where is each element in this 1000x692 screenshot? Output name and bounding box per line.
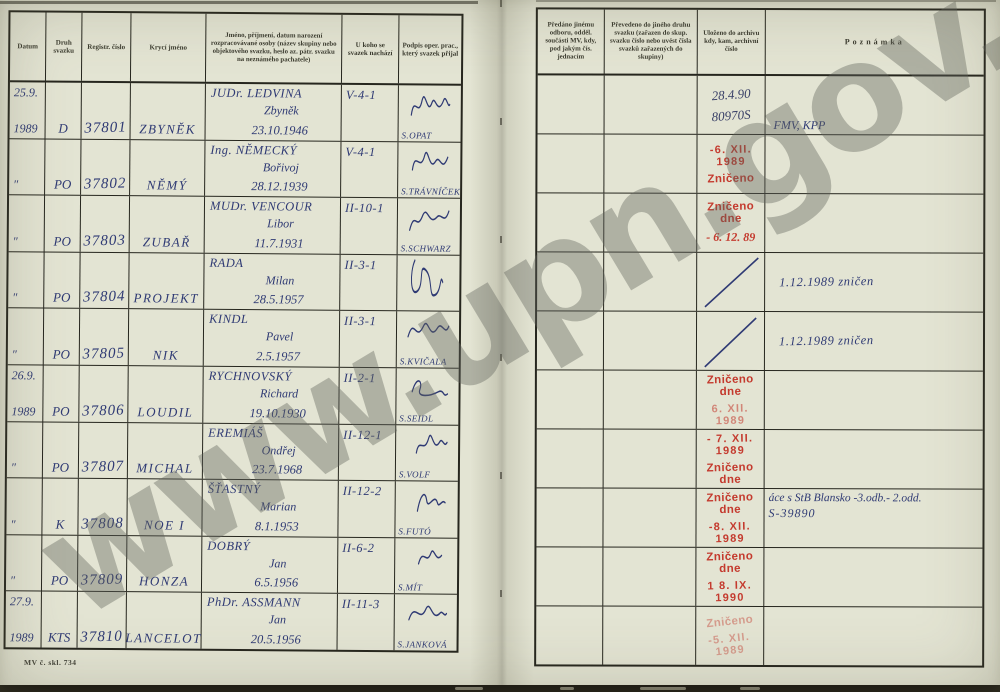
cover-name: ZUBAŘ [143,234,191,250]
destroyed-date-stamp: - 7. XII. 1989 [696,432,764,458]
cell-transferred-type [604,135,697,193]
signature-scribble [407,89,453,121]
person-surname: Ing. NĚMECKÝ [210,142,297,158]
remark-destroyed-note: 1.12.1989 zničen [779,274,874,290]
cell-date: 25.9.1989 [10,82,46,138]
cell-holder-unit: II-10-1 [341,198,398,254]
cell-reg-number: 37804 [80,253,129,309]
header-person: Jméno, příjmení, datum narození rozpraco… [206,14,343,83]
file-type: PO [51,573,68,589]
table-header-right: Předáno jinému odboru, odděl. součásti M… [538,9,984,76]
destroyed-date-stamp: 1 8. IX. 1990 [696,579,764,605]
file-type: K [56,516,65,532]
cell-transferred-dept [537,429,604,487]
cell-person: RADAMilan28.5.1957 [204,254,340,311]
cell-signature: S.VOLF [396,425,458,481]
remark-note: FMV, KPP [774,118,826,133]
file-type: PO [52,403,69,419]
cover-name: PROJEKT [133,291,199,308]
person-birthdate: 28.5.1957 [253,293,303,308]
cell-signature: S.SEIDL [396,368,458,424]
cell-transferred-type [604,312,697,370]
register-row: ″ PO 37809 HONZA DOBRÝJan6.5.1956 II-6-2… [6,535,457,595]
person-birthdate: 11.7.1931 [254,236,303,251]
cell-holder-unit: II-2-1 [339,368,396,424]
cell-signature: S.TRÁVNÍČEK [398,142,460,198]
reg-number: 37809 [81,572,124,590]
signature-name: S.SEIDL [399,413,433,423]
cell-transferred-dept [538,75,605,133]
entry-day: 27.9. [10,595,34,610]
cover-name: LANCELOT [125,630,201,647]
cell-holder-unit: II-11-3 [338,594,395,650]
ditto-mark: ″ [12,291,17,306]
header-date: Datum [10,12,47,80]
remark-destroyed-note: 1.12.1989 zničen [779,333,874,349]
cell-person: KINDLPavel2.5.1957 [204,310,340,367]
destroyed-stamp: Zničeno [697,172,764,186]
cell-transferred-dept [537,193,604,251]
cell-signature: S.OPAT [399,85,461,141]
cell-archive [697,253,765,311]
cell-reg-number: 37802 [81,139,130,195]
register-row-right: - 7. XII. 1989Zničeno dne [537,429,983,489]
cell-person: ŠŤASTNÝMarian8.1.1953 [202,480,338,537]
person-birthdate: 20.5.1956 [251,632,301,647]
register-row-right: Zničeno-5. XII. 1989 [536,606,982,665]
person-birthdate: 23.10.1946 [252,123,308,138]
person-surname: EREMIÁŠ [208,425,263,440]
cell-date: 27.9.1989 [6,592,42,648]
cell-signature: S.MÍT [395,538,457,594]
cell-reg-number: 37810 [78,592,127,648]
cell-transferred-type [603,489,696,547]
person-birthdate: 23.7.1968 [252,462,302,477]
cover-name: NIK [153,347,179,363]
register-row: ″ K 37808 NOE I ŠŤASTNÝMarian8.1.1953 II… [6,478,457,538]
reg-number: 37807 [81,459,124,477]
signature-scribble [404,485,450,517]
person-surname: PhDr. ASSMANN [207,595,301,611]
header-reg-number: Registr. číslo [82,13,132,81]
cell-transferred-dept [537,252,604,310]
cell-person: MUDr. VENCOURLibor11.7.1931 [205,197,341,254]
holder-unit: II-12-2 [343,484,382,499]
signature-scribble [403,542,449,574]
archive-date: 28.4.90 [697,84,765,104]
cover-name: LOUDIL [137,404,193,420]
cell-file-type: PO [43,422,79,478]
cell-reg-number: 37807 [79,422,128,478]
cell-archive: Zničeno dne1 8. IX. 1990 [696,548,764,606]
file-type: PO [54,177,71,193]
cell-file-type: K [42,479,78,535]
cell-person: Ing. NĚMECKÝBořivoj28.12.1939 [205,140,341,197]
person-birthdate: 28.12.1939 [251,179,307,194]
file-type: PO [53,290,70,306]
ditto-mark: ″ [10,517,15,532]
reg-number: 37810 [80,628,123,646]
cell-date: ″ [8,309,44,365]
signature-scribble [405,316,451,348]
person-firstname: Jan [269,556,286,571]
cell-holder-unit: II-3-1 [340,255,397,311]
signature-scribble [406,146,452,178]
cell-transferred-dept [537,311,604,369]
holder-unit: V-4-1 [346,88,376,103]
cell-transferred-dept [536,488,603,546]
cell-transferred-dept [536,547,603,605]
cell-cover-name: ZUBAŘ [130,196,205,252]
register-row-right: Zničeno dne1 8. IX. 1990 [536,547,982,607]
cell-transferred-type [603,607,696,665]
register-row-right: Zničeno dne6. XII. 1989 [537,370,983,430]
entry-year: 1989 [11,404,35,419]
cell-holder-unit: II-12-2 [338,481,395,537]
cell-holder-unit: II-12-1 [339,424,396,480]
signature-scribble [404,372,450,404]
destroyed-date-stamp: -6. XII. 1989 [697,143,765,169]
cell-archive: Zničeno dne-8. XII. 1989 [696,489,764,547]
cell-reg-number: 37806 [79,366,128,422]
cell-remark [765,194,983,253]
header-cover-name: Krycí jméno [131,13,207,82]
cell-date: ″ [6,535,42,591]
signature-scribble [406,203,452,235]
register-row-right: 1.12.1989 zničen [537,311,983,371]
remark-note: áce s StB Blansko -3.odb.- 2.odd. [769,492,922,504]
cell-remark: áce s StB Blansko -3.odb.- 2.odd.S-39890 [764,489,982,548]
person-firstname: Marian [260,499,296,514]
signature-scribble [405,257,445,303]
register-row: 25.9.1989 D 37801 ZBYNĚK JUDr. LEDVINAZb… [10,82,461,142]
person-birthdate: 6.5.1956 [254,576,298,591]
destroyed-stamp: Zničeno dne [697,373,765,399]
reg-number: 37808 [81,515,124,533]
archive-number: 80970S [697,105,765,125]
cell-transferred-type [604,194,697,252]
register-row: 27.9.1989 KTS 37810 LANCELOT PhDr. ASSMA… [6,592,457,651]
signature-name: S.VOLF [399,469,430,479]
cell-date: ″ [8,252,44,308]
cell-transferred-type [603,548,696,606]
signature-name: S.FUTÓ [398,526,431,536]
destroyed-date-stamp: 6. XII. 1989 [697,402,765,428]
cell-reg-number: 37809 [78,536,127,592]
destroyed-stamp: Zničeno dne [696,550,764,576]
binding-stitches [500,0,502,692]
person-birthdate: 2.5.1957 [256,349,300,364]
cell-holder-unit: V-4-1 [341,141,398,197]
cell-date: 26.9.1989 [7,365,43,421]
entry-day: 25.9. [14,85,38,100]
cell-file-type: D [46,83,82,139]
person-firstname: Pavel [266,330,293,345]
person-firstname: Bořivoj [263,160,299,175]
destroyed-stamp: Zničeno dne [697,200,765,226]
person-firstname: Milan [266,273,295,288]
cell-remark [765,371,983,430]
header-file-type: Druh svazku [46,13,83,81]
reg-number: 37801 [84,119,127,137]
destroyed-date-stamp: -8. XII. 1989 [696,520,764,546]
reg-number: 37806 [82,402,125,420]
file-type: PO [53,347,70,363]
cell-reg-number: 37801 [82,83,131,139]
cover-name: NĚMÝ [147,178,188,194]
header-transferred-type: Převedeno do jiného druhu svazku (zařaze… [605,10,698,74]
cell-transferred-dept [537,134,604,192]
signature-name: S.OPAT [402,130,432,140]
holder-unit: II-10-1 [345,201,384,216]
form-number: MV č. skl. 734 [24,658,77,667]
cell-cover-name: PROJEKT [129,253,204,309]
cell-transferred-dept [537,370,604,428]
entry-year: 1989 [10,630,34,645]
person-surname: ŠŤASTNÝ [208,482,261,497]
book-edge [0,685,1000,692]
register-row: 26.9.1989 PO 37806 LOUDIL RYCHNOVSKÝRich… [7,365,458,425]
cell-archive: Zničeno dne- 6. 12. 89 [697,194,765,252]
cell-date: ″ [6,478,42,534]
cover-name: HONZA [139,574,189,590]
register-row: ″ PO 37805 NIK KINDLPavel2.5.1957 II-3-1… [8,309,459,369]
holder-unit: II-11-3 [342,597,380,612]
person-firstname: Richard [260,386,298,401]
signature-name: S.TRÁVNÍČEK [401,186,460,196]
person-surname: KINDL [209,312,248,327]
reg-number: 37803 [83,232,126,250]
cell-holder-unit: V-4-1 [342,85,399,141]
cell-remark [765,430,983,489]
book-fold [470,0,534,692]
cover-name: NOE I [144,517,185,533]
header-remark: Poznámka [766,10,984,75]
cell-remark: 1.12.1989 zničen [765,312,983,371]
cell-transferred-type [604,371,697,429]
cell-person: JUDr. LEDVINAZbyněk23.10.1946 [206,84,342,141]
cell-holder-unit: II-6-2 [338,538,395,594]
person-firstname: Ondřej [262,443,296,458]
cell-person: PhDr. ASSMANNJan20.5.1956 [202,593,338,650]
cell-file-type: PO [45,139,81,195]
signature-scribble [403,599,449,631]
cell-file-type: PO [44,309,80,365]
holder-unit: II-12-1 [343,427,382,442]
destroyed-stamp: Zničeno dne [696,461,764,487]
cell-cover-name: LANCELOT [127,593,202,649]
file-type: D [58,120,68,136]
destroyed-stamp: Zničeno dne [696,491,764,517]
reg-number: 37805 [82,345,125,363]
register-row: ″ PO 37804 PROJEKT RADAMilan28.5.1957 II… [8,252,459,312]
header-transferred-dept: Předáno jinému odboru, odděl. součásti M… [538,9,605,73]
register-row-right: Zničeno dne- 6. 12. 89 [537,193,983,253]
cell-cover-name: HONZA [127,536,202,592]
register-row-right: Zničeno dne-8. XII. 1989 áce s StB Blans… [536,488,982,548]
cell-cover-name: NOE I [127,479,202,535]
diagonal-strike [697,312,764,370]
cell-person: DOBRÝJan6.5.1956 [202,537,338,594]
signature-name: S.JANKOVÁ [398,639,447,649]
file-type: KTS [48,629,71,645]
holder-unit: II-2-1 [344,371,376,386]
person-surname: DOBRÝ [207,539,250,554]
destroyed-date-stamp: -5. XII. 1989 [695,629,764,660]
ditto-mark: ″ [10,574,15,589]
signature-scribble [404,429,450,461]
person-firstname: Libor [267,216,294,231]
cell-remark: 1.12.1989 zničen [765,253,983,312]
ditto-mark: ″ [12,347,17,362]
cell-transferred-type [604,430,697,488]
cell-reg-number: 37803 [81,196,130,252]
register-row-right: 1.12.1989 zničen [537,252,983,312]
cell-archive: 28.4.9080970S [698,76,766,134]
destroyed-stamp: Zničeno [696,612,764,631]
table-header-left: Datum Druh svazku Registr. číslo Krycí j… [10,12,462,86]
holder-unit: II-3-1 [344,258,376,273]
person-birthdate: 8.1.1953 [255,519,299,534]
ditto-mark: ″ [11,460,16,475]
cell-reg-number: 37805 [80,309,129,365]
cover-name: ZBYNĚK [139,121,196,137]
ditto-mark: ″ [13,234,18,249]
diagonal-strike [697,253,764,311]
holder-unit: V-4-1 [345,144,375,159]
cell-remark [765,135,983,194]
cell-date: ″ [9,139,45,195]
cell-signature: S.JANKOVÁ [395,595,457,651]
person-firstname: Zbyněk [264,103,299,118]
cell-file-type: PO [45,196,81,252]
reg-number: 37802 [84,176,127,194]
entry-year: 1989 [14,121,38,136]
person-surname: JUDr. LEDVINA [211,86,302,102]
cell-person: EREMIÁŠOndřej23.7.1968 [203,423,339,480]
cell-cover-name: NIK [129,310,204,366]
cell-archive: Zničeno dne6. XII. 1989 [697,371,765,429]
cell-date: ″ [7,422,43,478]
register-row: ″ PO 37803 ZUBAŘ MUDr. VENCOURLibor11.7.… [9,195,460,255]
signature-name: S.KVIČALA [400,356,447,366]
cover-name: MICHAL [136,460,194,476]
holder-unit: II-6-2 [342,541,374,556]
person-birthdate: 19.10.1930 [249,406,305,421]
file-type: PO [52,460,69,476]
cell-holder-unit: II-3-1 [340,311,397,367]
cell-transferred-dept [536,606,603,664]
cell-remark: FMV, KPP [766,76,984,135]
cell-cover-name: NĚMÝ [130,140,205,196]
entry-day: 26.9. [12,368,36,383]
cell-signature [397,255,459,311]
ditto-mark: ″ [13,177,18,192]
destroyed-date-handwritten: - 6. 12. 89 [697,230,764,245]
cell-signature: S.KVIČALA [397,312,459,368]
holder-unit: II-3-1 [344,314,376,329]
registry-table-right: Předáno jinému odboru, odděl. součásti M… [534,7,986,667]
cell-archive [697,312,765,370]
cell-date: ″ [9,195,45,251]
person-surname: RYCHNOVSKÝ [209,369,292,385]
cell-transferred-type [605,76,698,134]
file-type: PO [53,233,70,249]
header-holder: U koho se svazek nachází [342,15,400,83]
header-signature: Podpis oper. prac., který svazek přijal [399,15,462,83]
cell-signature: S.FUTÓ [395,481,457,537]
register-row: ″ PO 37807 MICHAL EREMIÁŠOndřej23.7.1968… [7,422,458,482]
cell-cover-name: LOUDIL [128,366,203,422]
reg-number: 37804 [83,289,126,307]
register-row-right: 28.4.9080970S FMV, KPP [538,75,984,135]
cell-archive: Zničeno-5. XII. 1989 [696,607,764,665]
cell-file-type: PO [42,535,78,591]
register-row: ″ PO 37802 NĚMÝ Ing. NĚMECKÝBořivoj28.12… [9,139,460,199]
header-archived: Uloženo do archivu kdy, kam, archivní čí… [698,10,766,74]
cell-signature: S.SCHWARZ [398,198,460,254]
cell-remark [764,607,982,666]
cell-cover-name: MICHAL [128,423,203,479]
cell-reg-number: 37808 [78,479,127,535]
cell-archive: - 7. XII. 1989Zničeno dne [697,430,765,488]
cell-person: RYCHNOVSKÝRichard19.10.1930 [203,367,339,424]
person-firstname: Jan [269,613,286,628]
cell-archive: -6. XII. 1989Zničeno [697,135,765,193]
page-edge-shadow [536,0,996,2]
signature-name: S.SCHWARZ [401,243,451,253]
remark-file-number: S-39890 [769,506,816,521]
registry-table-left: Datum Druh svazku Registr. číslo Krycí j… [3,10,463,652]
signature-name: S.MÍT [398,583,422,593]
cell-file-type: PO [43,365,79,421]
cell-file-type: PO [44,252,80,308]
cell-transferred-type [604,253,697,311]
cell-remark [764,548,982,607]
person-surname: MUDr. VENCOUR [210,199,312,215]
register-row-right: -6. XII. 1989Zničeno [537,134,983,194]
cell-file-type: KTS [42,592,78,648]
person-surname: RADA [209,256,243,271]
page-edge-shadow [0,1,478,4]
cell-cover-name: ZBYNĚK [131,83,206,139]
